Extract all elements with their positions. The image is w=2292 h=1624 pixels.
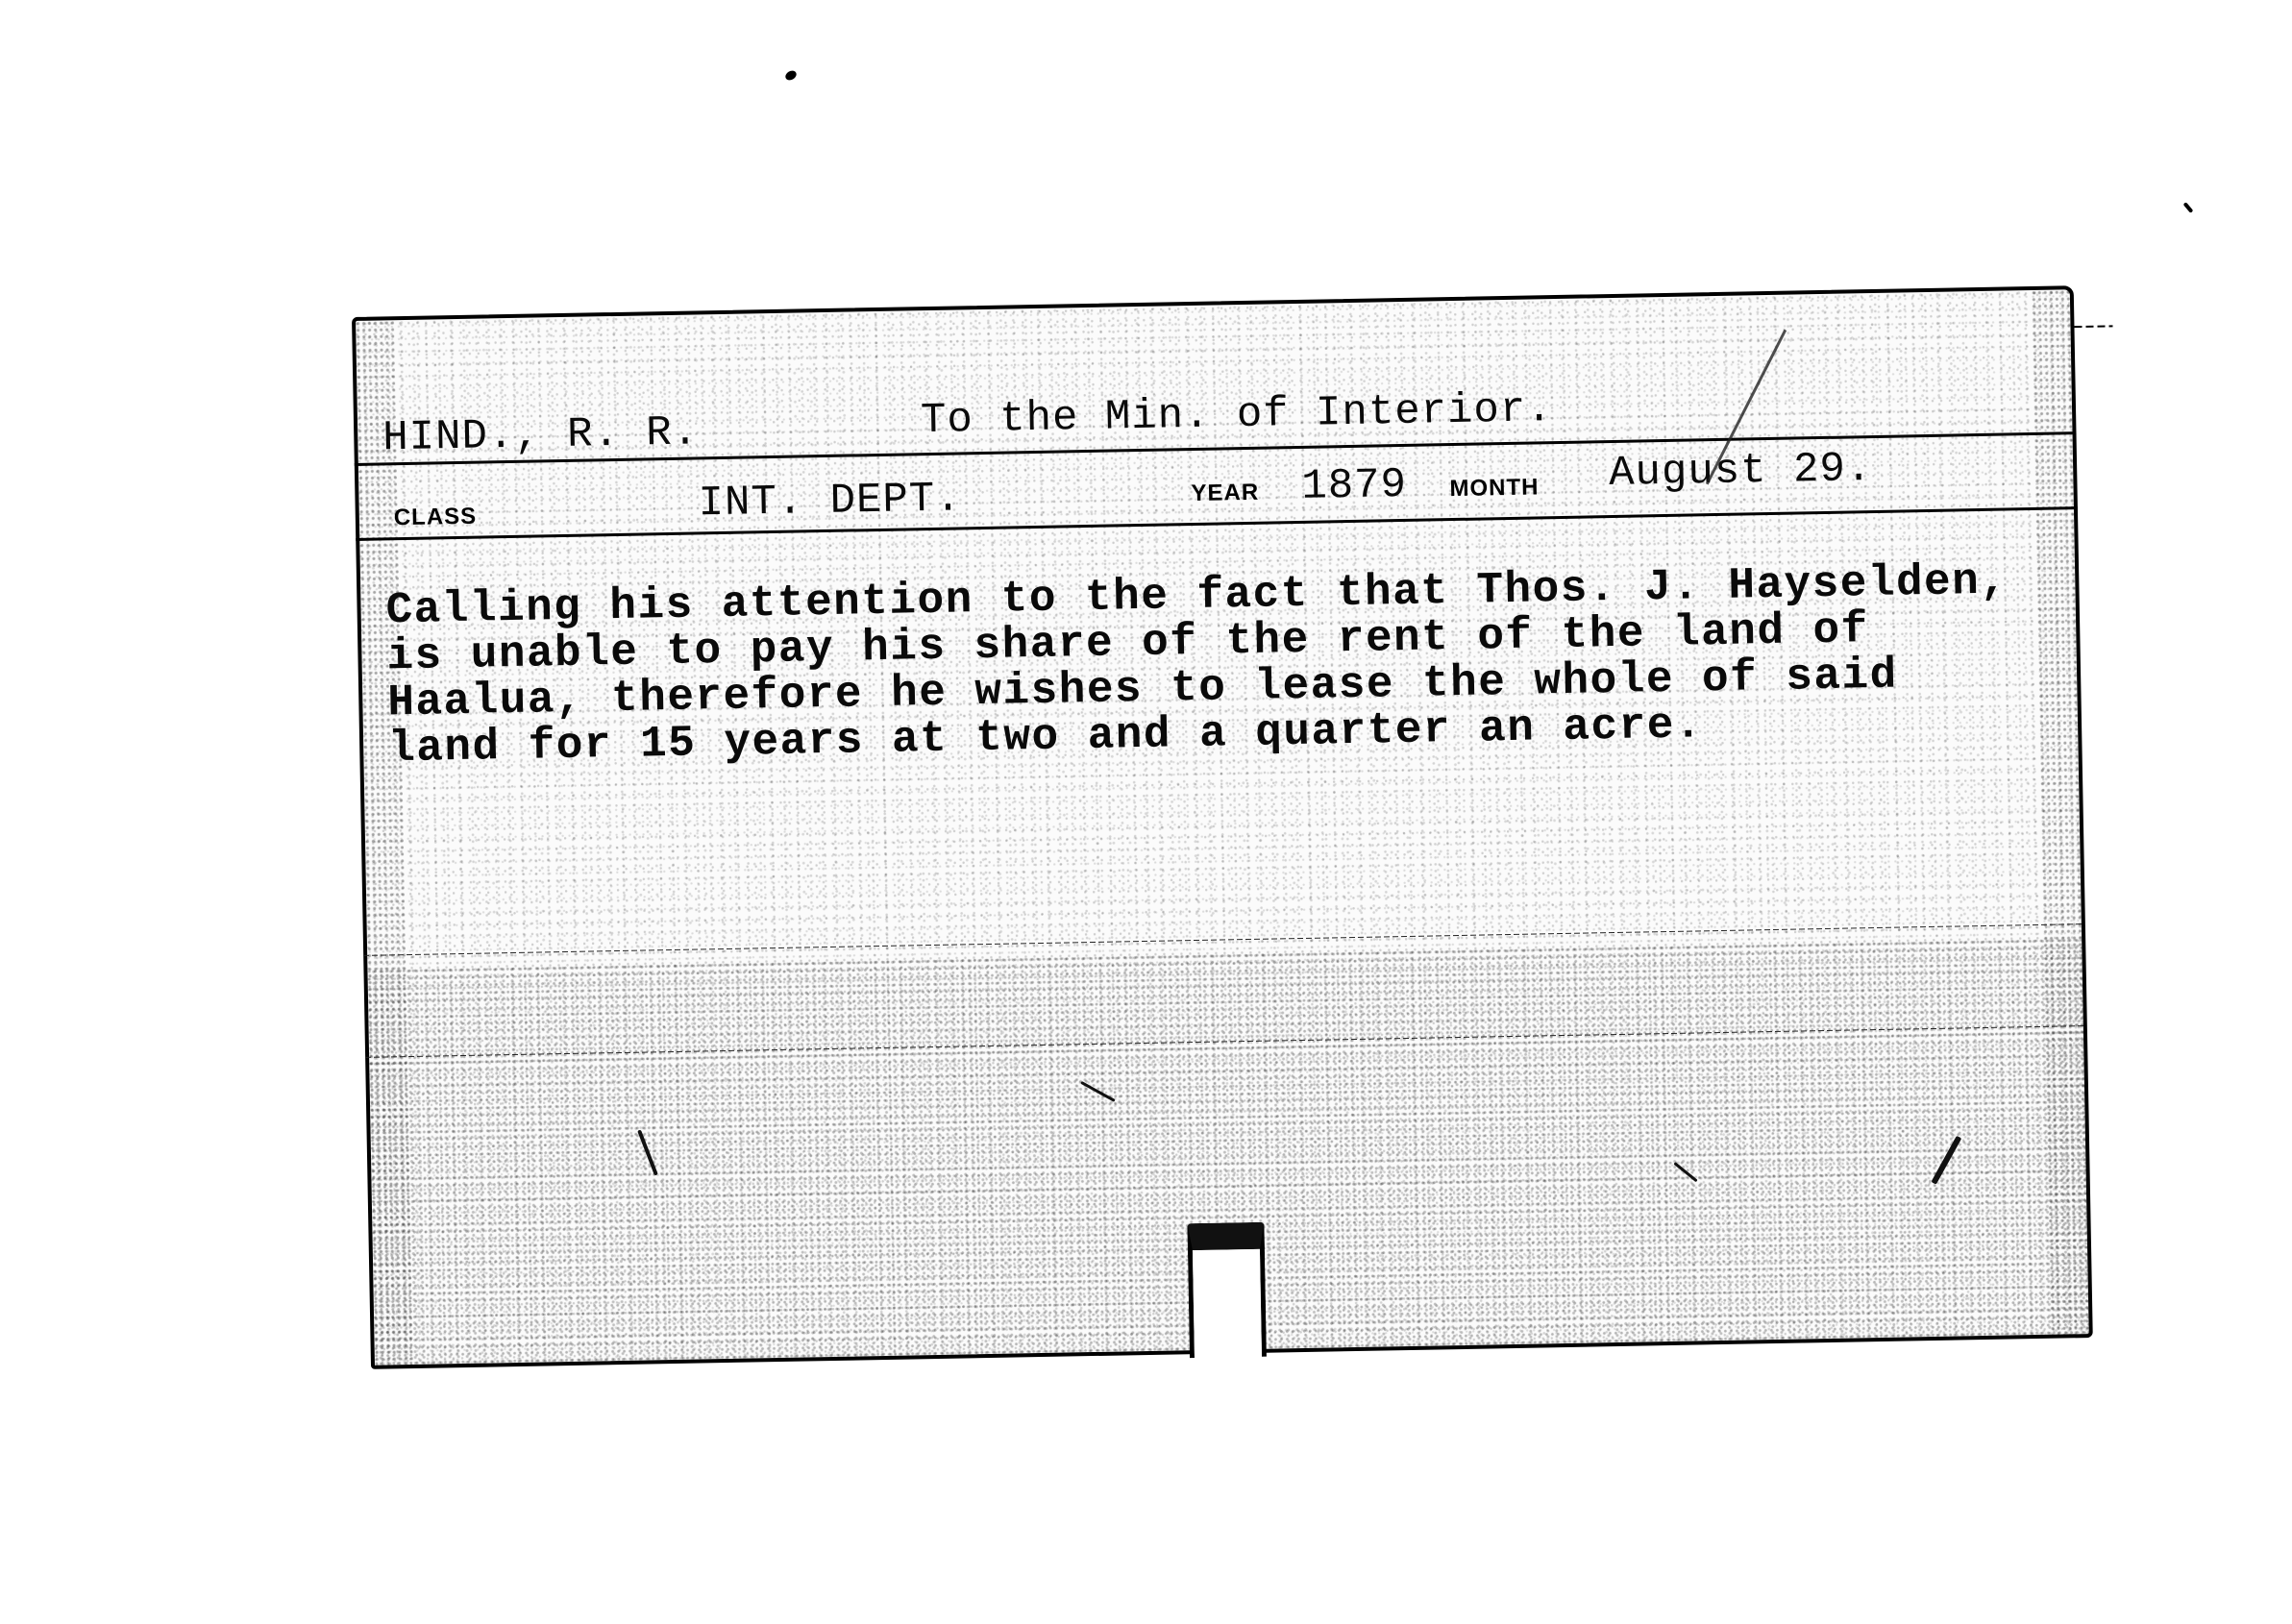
card-name: HIND., R. R. <box>382 408 700 462</box>
scanned-page: HIND., R. R. To the Min. of Interior. CL… <box>0 0 2292 1624</box>
year-value: 1879 <box>1301 461 1408 511</box>
month-value: August 29. <box>1609 445 1873 498</box>
edge-grain <box>2032 289 2089 1335</box>
scan-speck <box>2183 202 2194 213</box>
edge-grain <box>356 320 413 1366</box>
card-tab-notch <box>1187 1222 1267 1358</box>
margin-tick-mark <box>2074 325 2112 328</box>
class-value: INT. DEPT. <box>698 475 962 528</box>
class-label: CLASS <box>394 504 478 532</box>
year-label: YEAR <box>1191 480 1259 507</box>
card-body-text: Calling his attention to the fact that T… <box>385 557 2060 773</box>
month-label: MONTH <box>1449 474 1539 503</box>
index-card: HIND., R. R. To the Min. of Interior. CL… <box>352 285 2093 1369</box>
scan-speck <box>784 69 799 83</box>
